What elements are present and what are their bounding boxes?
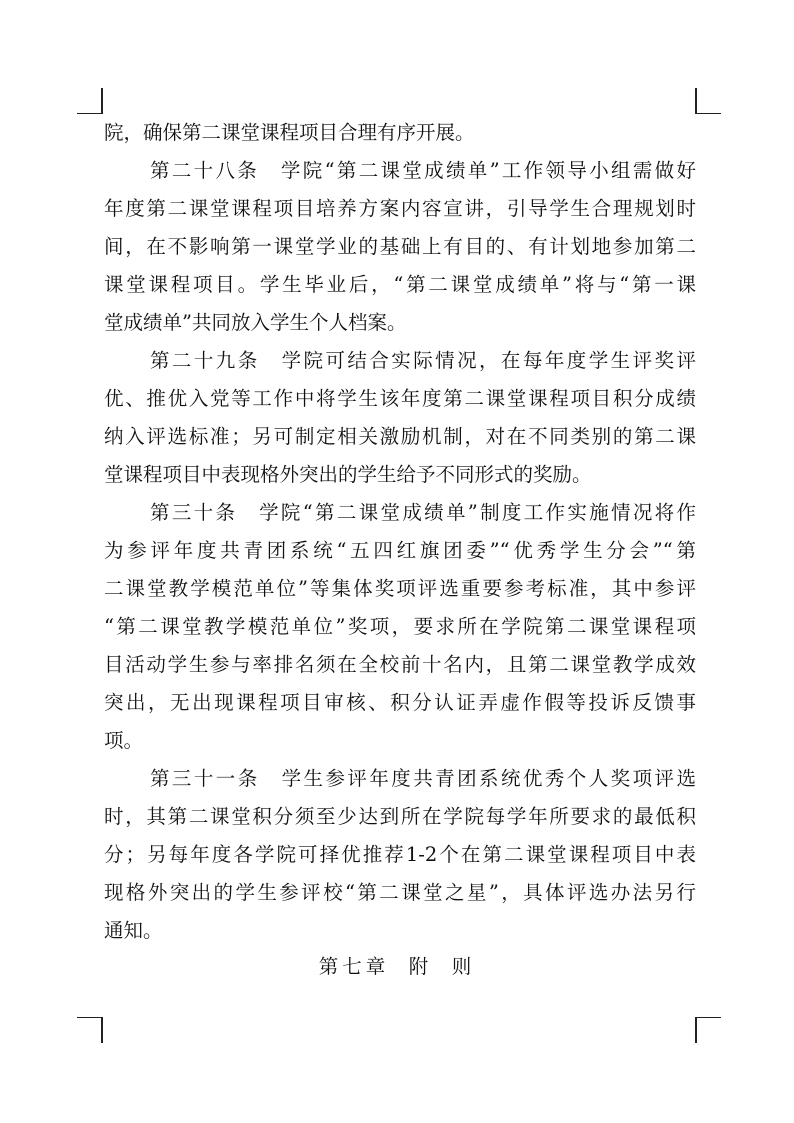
corner-mark-bottom-left-horizontal (77, 1017, 103, 1019)
article-29-line: 纳入评选标准；另可制定相关激励机制，对在不同类别的第二课 (104, 418, 696, 456)
corner-mark-top-left-horizontal (77, 113, 103, 115)
article-30-line: 二课堂教学模范单位”等集体奖项评选重要参考标准，其中参评 (104, 570, 696, 608)
corner-mark-bottom-right-horizontal (695, 1017, 721, 1019)
article-31-line: 第三十一条 学生参评年度共青团系统优秀个人奖项评选 (104, 760, 696, 798)
article-28-line: 堂成绩单”共同放入学生个人档案。 (104, 304, 696, 342)
article-29-line: 第二十九条 学院可结合实际情况，在每年度学生评奖评 (104, 342, 696, 380)
article-31-line: 分；另每年度各学院可择优推荐1-2个在第二课堂课程项目中表 (104, 836, 696, 874)
chapter-number: 第七章 (319, 955, 390, 978)
corner-mark-top-right-horizontal (695, 113, 721, 115)
article-28-line: 第二十八条 学院“第二课堂成绩单”工作领导小组需做好 (104, 152, 696, 190)
corner-mark-bottom-right-vertical (695, 1017, 697, 1043)
article-30-line: 第三十条 学院“第二课堂成绩单”制度工作实施情况将作 (104, 494, 696, 532)
article-30-line: “第二课堂教学模范单位”奖项，要求所在学院第二课堂课程项 (104, 608, 696, 646)
article-28-line: 年度第二课堂课程项目培养方案内容宣讲，引导学生合理规划时 (104, 190, 696, 228)
chapter-title-part-2: 则 (452, 955, 476, 978)
paragraph-line: 院，确保第二课堂课程项目合理有序开展。 (104, 114, 696, 152)
article-28-line: 间，在不影响第一课堂学业的基础上有目的、有计划地参加第二 (104, 228, 696, 266)
article-30-line: 为参评年度共青团系统“五四红旗团委”“优秀学生分会”“第 (104, 532, 696, 570)
article-30-line: 目活动学生参与率排名须在全校前十名内，且第二课堂教学成效 (104, 646, 696, 684)
article-30-line: 项。 (104, 722, 696, 760)
chapter-title-part-1: 附 (409, 955, 433, 978)
article-31-line: 通知。 (104, 912, 696, 950)
corner-mark-top-right-vertical (695, 88, 697, 114)
document-body: 院，确保第二课堂课程项目合理有序开展。 第二十八条 学院“第二课堂成绩单”工作领… (104, 114, 696, 950)
article-29-line: 堂课程项目中表现格外突出的学生给予不同形式的奖励。 (104, 456, 696, 494)
article-30-line: 突出，无出现课程项目审核、积分认证弄虚作假等投诉反馈事 (104, 684, 696, 722)
chapter-heading: 第七章 附 则 (0, 948, 794, 986)
article-29-line: 优、推优入党等工作中将学生该年度第二课堂课程项目积分成绩 (104, 380, 696, 418)
corner-mark-top-left-vertical (101, 88, 103, 114)
article-31-line: 时，其第二课堂积分须至少达到所在学院每学年所要求的最低积 (104, 798, 696, 836)
corner-mark-bottom-left-vertical (101, 1017, 103, 1043)
article-28-line: 课堂课程项目。学生毕业后，“第二课堂成绩单”将与“第一课 (104, 266, 696, 304)
article-31-line: 现格外突出的学生参评校“第二课堂之星”，具体评选办法另行 (104, 874, 696, 912)
